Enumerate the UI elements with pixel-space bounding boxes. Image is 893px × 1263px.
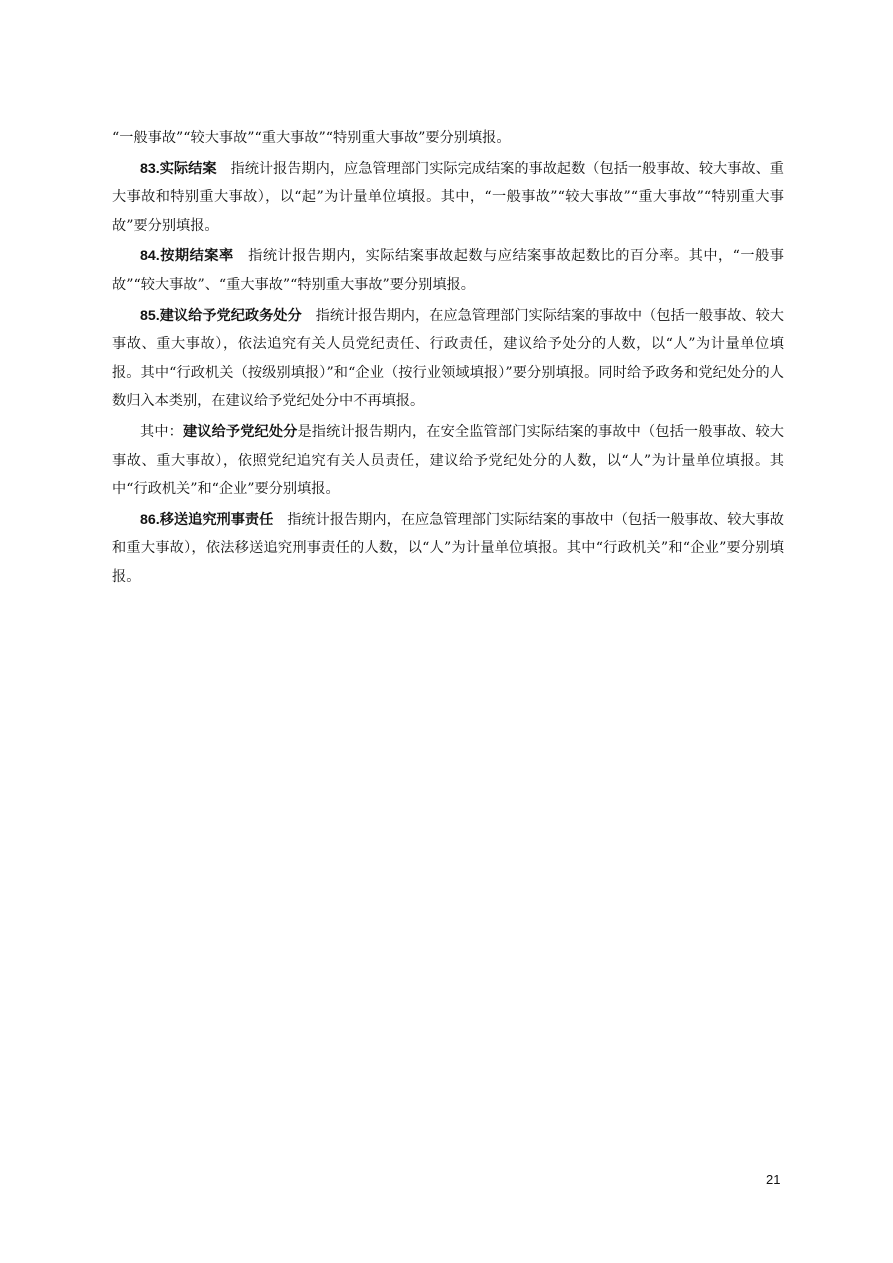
- paragraph-body: “一般事故”“较大事故”“重大事故”“特别重大事故”要分别填报。: [112, 130, 511, 146]
- page-number: 21: [766, 1172, 780, 1187]
- term-heading: 移送追究刑事责任: [160, 512, 274, 528]
- paragraph-item-85-sub: 其中：建议给予党纪处分是指统计报告期内，在安全监管部门实际结案的事故中（包括一般…: [112, 418, 784, 504]
- paragraph-item-85: 85.建议给予党纪政务处分指统计报告期内，在应急管理部门实际结案的事故中（包括一…: [112, 302, 784, 416]
- paragraph-item-86: 86.移送追究刑事责任指统计报告期内，在应急管理部门实际结案的事故中（包括一般事…: [112, 506, 784, 592]
- item-number: 86.: [140, 512, 160, 528]
- item-number: 83.: [140, 161, 160, 177]
- term-heading: 实际结案: [160, 161, 217, 177]
- item-number: 84.: [140, 248, 160, 264]
- paragraph-item-84: 84.按期结案率指统计报告期内，实际结案事故起数与应结案事故起数比的百分率。其中…: [112, 242, 784, 299]
- document-page: “一般事故”“较大事故”“重大事故”“特别重大事故”要分别填报。 83.实际结案…: [112, 124, 784, 592]
- paragraph-item-83: 83.实际结案指统计报告期内，应急管理部门实际完成结案的事故起数（包括一般事故、…: [112, 155, 784, 241]
- paragraph-prefix: 其中：: [140, 424, 183, 440]
- term-heading: 建议给予党纪政务处分: [160, 308, 302, 324]
- term-heading: 按期结案率: [160, 248, 234, 264]
- item-number: 85.: [140, 308, 160, 324]
- paragraph-continuation: “一般事故”“较大事故”“重大事故”“特别重大事故”要分别填报。: [112, 124, 784, 153]
- term-heading: 建议给予党纪处分: [183, 424, 298, 440]
